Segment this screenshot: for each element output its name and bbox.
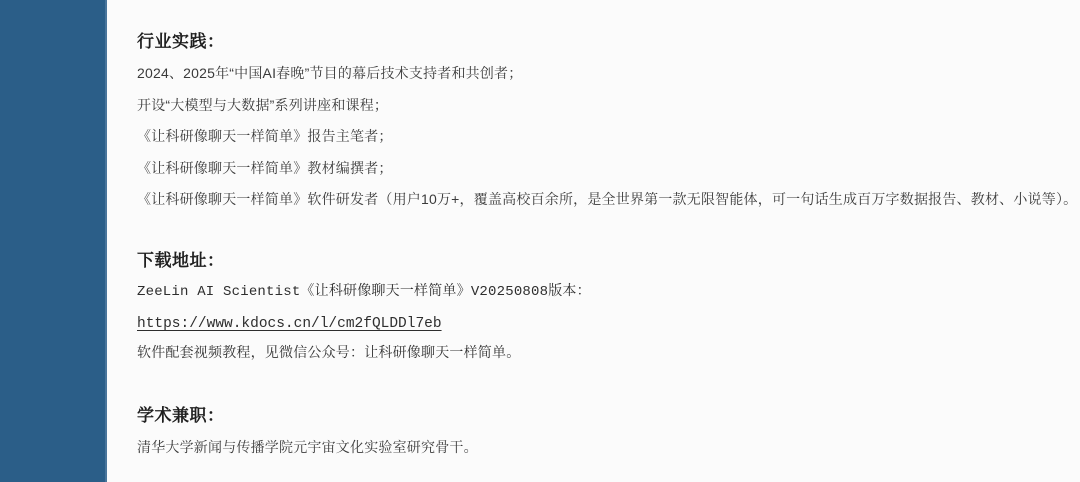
left-sidebar: [0, 0, 107, 482]
document-content: 行业实践： 2024、2025年“中国AI春晚”节目的幕后技术支持者和共创者； …: [137, 0, 1077, 482]
download-link[interactable]: https://www.kdocs.cn/l/cm2fQLDDl7eb: [137, 314, 442, 334]
academic-position-item: 清华大学新闻与传播学院元宇宙文化实验室研究骨干。: [137, 437, 1077, 457]
industry-practice-item: 开设“大模型与大数据”系列讲座和课程；: [137, 95, 1077, 115]
software-version-line: ZeeLin AI Scientist《让科研像聊天一样简单》V20250808…: [137, 282, 1077, 302]
industry-practice-item: 2024、2025年“中国AI春晚”节目的幕后技术支持者和共创者；: [137, 63, 1077, 83]
industry-practice-item: 《让科研像聊天一样简单》软件研发者（用户10万+，覆盖高校百余所，是全世界第一款…: [137, 189, 1077, 209]
section-heading-download-address: 下载地址：: [137, 250, 1077, 272]
industry-practice-item: 《让科研像聊天一样简单》报告主笔者；: [137, 126, 1077, 146]
section-heading-industry-practice: 行业实践：: [137, 31, 1077, 53]
section-heading-academic-positions: 学术兼职：: [137, 405, 1077, 427]
industry-practice-item: 《让科研像聊天一样简单》教材编撰者；: [137, 158, 1077, 178]
tutorial-note-line: 软件配套视频教程，见微信公众号：让科研像聊天一样简单。: [137, 344, 1077, 364]
document-page: 行业实践： 2024、2025年“中国AI春晚”节目的幕后技术支持者和共创者； …: [0, 0, 1080, 482]
